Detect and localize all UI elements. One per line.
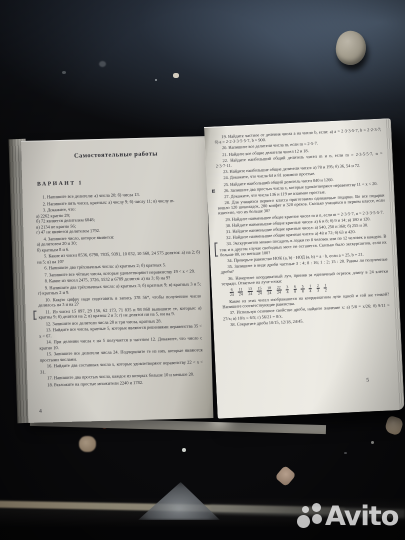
problem-list: Какие из этих чисел изображаются на коор… xyxy=(222,292,390,328)
problem-list: 19. Найдите частное от деления числа a н… xyxy=(214,127,388,287)
left-page: Самостоятельные работы ВАРИАНТ 1 1. Напи… xyxy=(21,136,213,423)
problem-list: 1. Напишите все делители: а) числа 20; б… xyxy=(35,190,203,388)
problem-item: 3. Докажите, что: а) 2262 кратно 29; б) … xyxy=(36,203,200,235)
page-number: 4 xyxy=(39,409,42,415)
crumb-speck xyxy=(182,448,186,452)
fraction: 68 xyxy=(293,285,297,294)
crumb-speck xyxy=(79,436,96,452)
fraction: 58 xyxy=(301,284,305,293)
page-number: 5 xyxy=(366,378,369,384)
avito-logo-icon xyxy=(294,501,324,531)
fraction: 23 xyxy=(316,284,320,293)
fraction: 14 xyxy=(309,284,313,293)
crumb-speck xyxy=(384,415,404,436)
crumb-speck xyxy=(99,61,106,67)
fraction: 1124 xyxy=(238,287,243,296)
section-header: Самостоятельные работы xyxy=(34,149,197,160)
fraction: 2224 xyxy=(276,285,282,294)
book-listing-photo: Самостоятельные работы ВАРИАНТ 1 1. Напи… xyxy=(0,0,405,540)
fraction: 12 xyxy=(324,283,328,292)
variant-title: ВАРИАНТ 1 xyxy=(37,177,198,187)
fraction: 1824 xyxy=(267,286,273,295)
crumb-speck xyxy=(173,73,179,78)
crumb-speck xyxy=(155,79,157,81)
crumb-speck xyxy=(275,465,297,487)
right-page-content: 19. Найдите частное от деления числа a н… xyxy=(204,119,405,418)
crumb-speck xyxy=(371,441,374,444)
crumb-speck xyxy=(344,452,347,454)
fraction: 624 xyxy=(230,288,234,297)
fraction: 1324 xyxy=(247,287,253,296)
avito-wordmark: Avito xyxy=(325,501,398,532)
right-page: 19. Найдите частное от деления числа a н… xyxy=(204,118,405,418)
avito-watermark: Avito xyxy=(294,497,405,535)
left-page-content: Самостоятельные работы ВАРИАНТ 1 1. Напи… xyxy=(21,137,213,423)
fraction: 34 xyxy=(286,285,290,294)
fraction: 1524 xyxy=(257,286,263,295)
crumb-speck xyxy=(62,71,66,74)
